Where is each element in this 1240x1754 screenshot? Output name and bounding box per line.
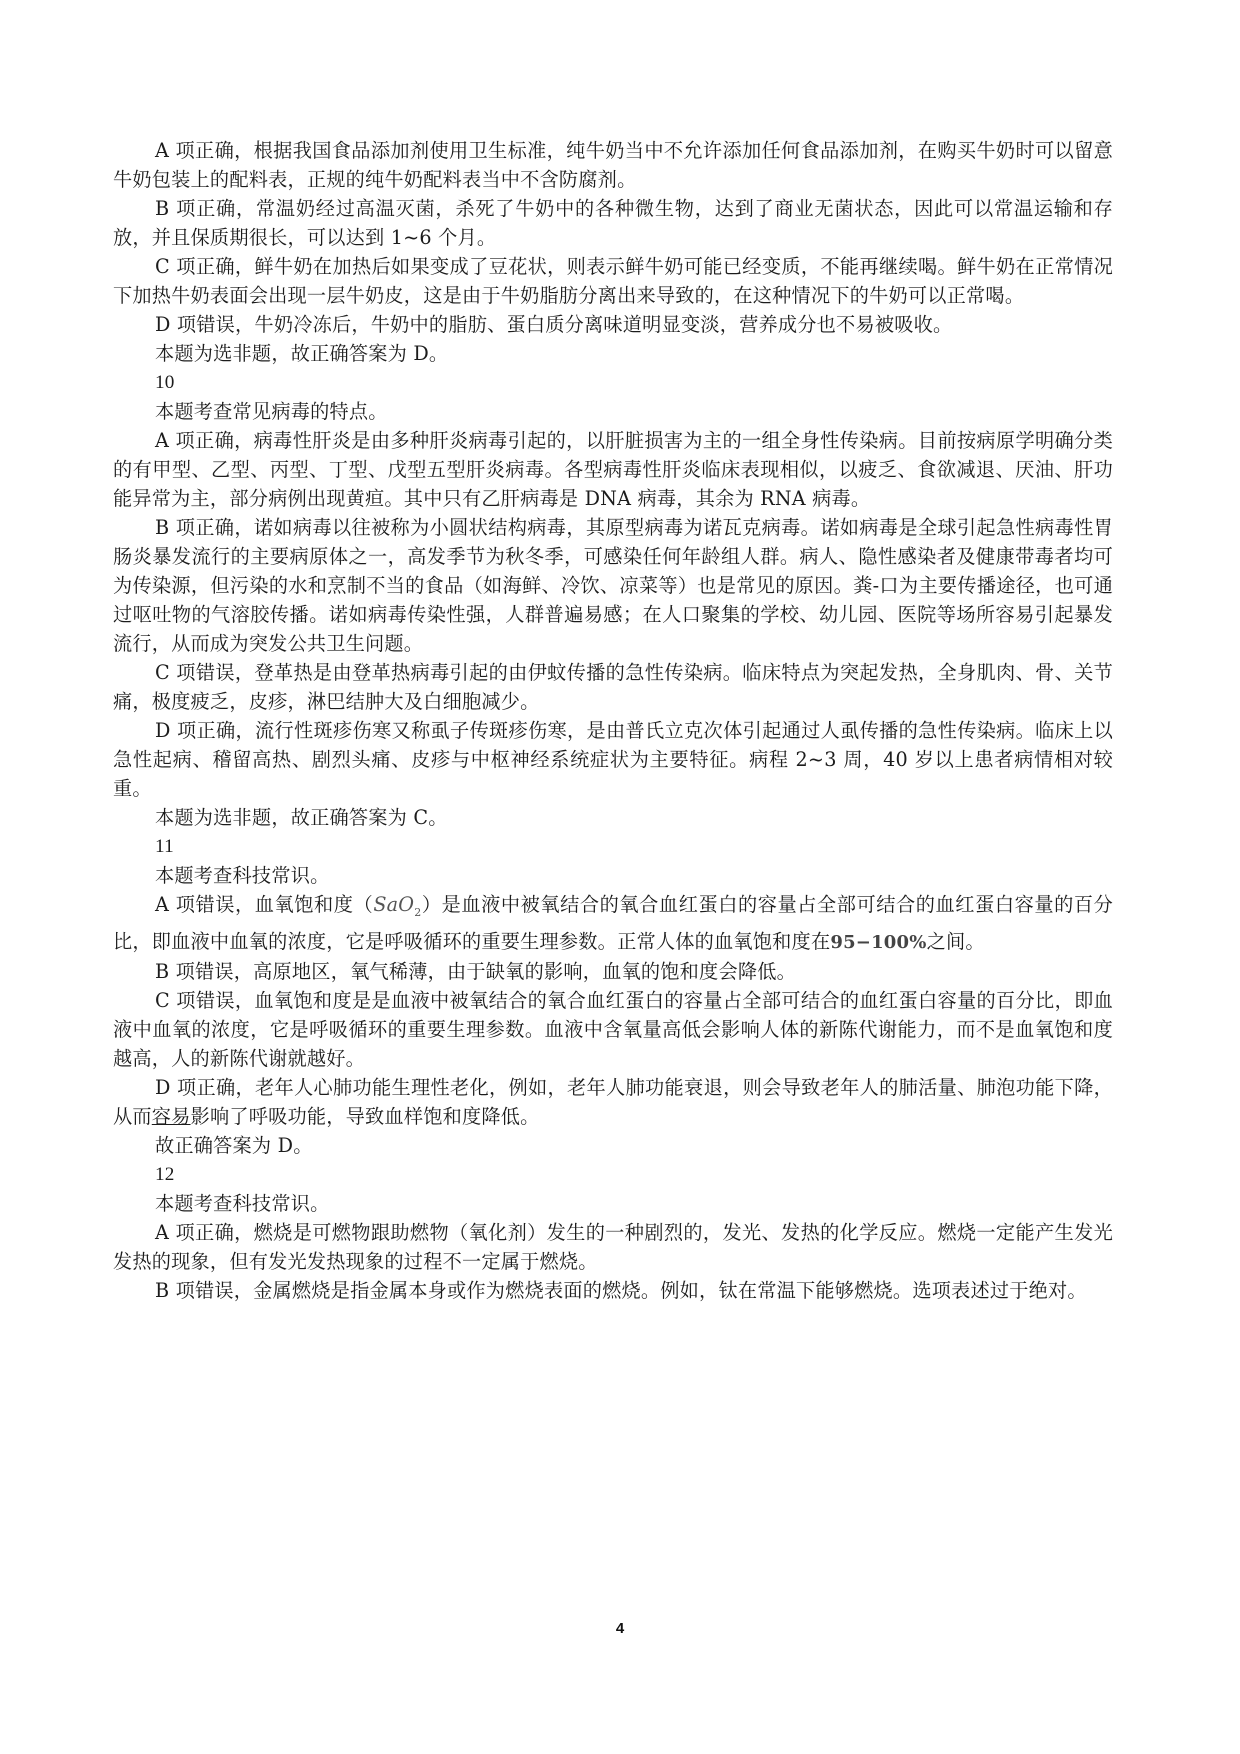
q11-d-text-after: 影响了呼吸功能，导致血样饱和度降低。 [191, 1105, 540, 1128]
q12-topic: 本题考查科技常识。 [113, 1189, 1113, 1218]
page-number: 4 [0, 1620, 1240, 1637]
q11-option-c: C 项错误，血氧饱和度是是血液中被氧结合的氧合血红蛋白的容量占全部可结合的血红蛋… [113, 986, 1113, 1073]
underlined-word: 容易 [152, 1105, 191, 1128]
q10-option-c: C 项错误，登革热是由登革热病毒引起的由伊蚊传播的急性传染病。临床特点为突起发热… [113, 658, 1113, 716]
q9-answer: 本题为选非题，故正确答案为 D。 [113, 339, 1113, 368]
sao2-formula: SaO2 [373, 893, 421, 916]
q12-number: 12 [113, 1160, 1113, 1189]
q12-option-a: A 项正确，燃烧是可燃物跟助燃物（氧化剂）发生的一种剧烈的，发光、发热的化学反应… [113, 1218, 1113, 1276]
q10-topic: 本题考查常见病毒的特点。 [113, 397, 1113, 426]
q10-option-d: D 项正确，流行性斑疹伤寒又称虱子传斑疹伤寒，是由普氏立克次体引起通过人虱传播的… [113, 716, 1113, 803]
q10-answer: 本题为选非题，故正确答案为 C。 [113, 803, 1113, 832]
q10-option-a: A 项正确，病毒性肝炎是由多种肝炎病毒引起的，以肝脏损害为主的一组全身性传染病。… [113, 426, 1113, 513]
q11-option-d: D 项正确，老年人心肺功能生理性老化，例如，老年人肺功能衰退，则会导致老年人的肺… [113, 1073, 1113, 1131]
formula-main: SaO [373, 893, 414, 916]
q12-option-b: B 项错误，金属燃烧是指金属本身或作为燃烧表面的燃烧。例如，钛在常温下能够燃烧。… [113, 1276, 1113, 1305]
saturation-range: 95−100% [830, 932, 926, 953]
q10-option-b: B 项正确，诺如病毒以往被称为小圆状结构病毒，其原型病毒为诺瓦克病毒。诺如病毒是… [113, 513, 1113, 658]
q9-option-a: A 项正确，根据我国食品添加剂使用卫生标准，纯牛奶当中不允许添加任何食品添加剂，… [113, 136, 1113, 194]
q11-option-a: A 项错误，血氧饱和度（SaO2）是血液中被氧结合的氧合血红蛋白的容量占全部可结… [113, 890, 1113, 957]
q10-number: 10 [113, 368, 1113, 397]
q11-answer: 故正确答案为 D。 [113, 1131, 1113, 1160]
q11-topic: 本题考查科技常识。 [113, 861, 1113, 890]
document-page: A 项正确，根据我国食品添加剂使用卫生标准，纯牛奶当中不允许添加任何食品添加剂，… [113, 136, 1113, 1305]
q11-number: 11 [113, 832, 1113, 861]
q11-option-b: B 项错误，高原地区，氧气稀薄，由于缺氧的影响，血氧的饱和度会降低。 [113, 957, 1113, 986]
q9-option-b: B 项正确，常温奶经过高温灭菌，杀死了牛奶中的各种微生物，达到了商业无菌状态，因… [113, 194, 1113, 252]
q11-a-text-before: A 项错误，血氧饱和度（ [155, 893, 373, 916]
q9-option-d: D 项错误，牛奶冷冻后，牛奶中的脂肪、蛋白质分离味道明显变淡，营养成分也不易被吸… [113, 310, 1113, 339]
q11-a-text-after: 之间。 [927, 930, 985, 953]
q9-option-c: C 项正确，鲜牛奶在加热后如果变成了豆花状，则表示鲜牛奶可能已经变质，不能再继续… [113, 252, 1113, 310]
